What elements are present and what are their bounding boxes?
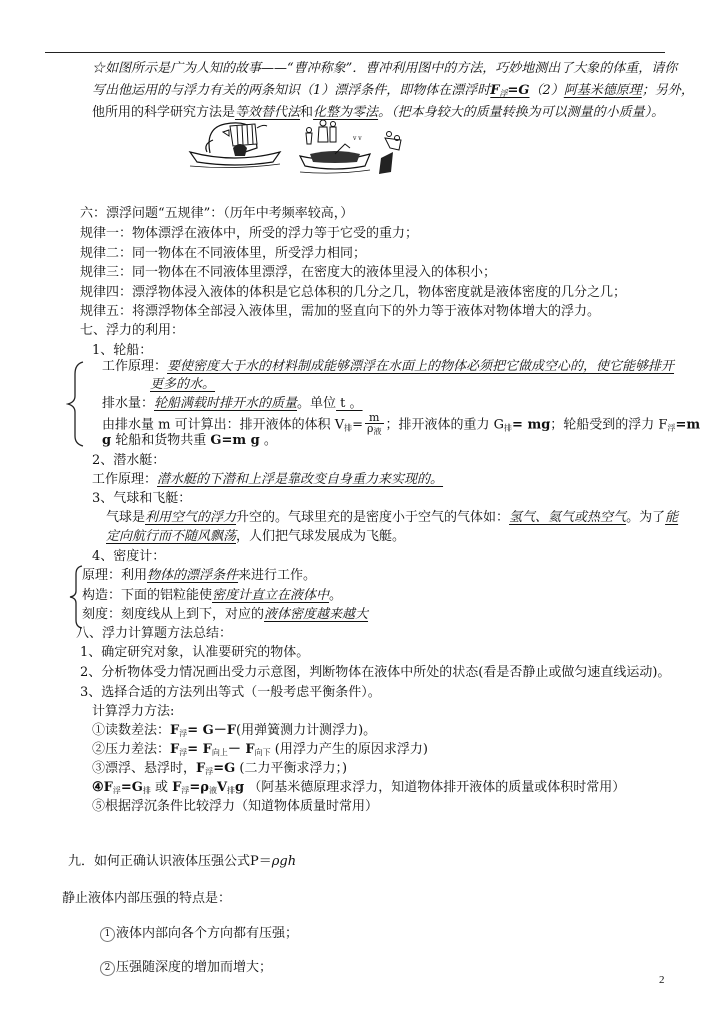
step-1: 1、确定研究对象，认准要研究的物体。 [80, 644, 309, 662]
section-6-title: 六：漂浮问题“五规律”：（历年中考频率较高，） [80, 205, 353, 223]
section-9-title: 九．如何正确认识液体压强公式P＝ρgh [68, 853, 296, 871]
hydrometer-structure: 构造：下面的铝粒能使密度计直立在液体中。 [82, 587, 342, 605]
rule-1: 规律一：物体漂浮在液体中，所受的浮力等于它受的重力； [80, 225, 418, 243]
ship-principle-text: 要使密度大于水的材料制成能够漂浮在水面上的物体必须把它做成空心的，使它能够排开 [167, 359, 674, 374]
archimedes-principle: 阿基米德原理 [564, 83, 642, 98]
method-4: ④F浮=G排 或 F浮=ρ液V排g （阿基米德原理求浮力，知道物体排开液体的质量… [92, 779, 625, 800]
hydrometer-heading: 4、密度计： [92, 548, 165, 566]
pressure-formula: ρgh [272, 854, 296, 869]
method-3: ③漂浮、悬浮时，F浮=G (二力平衡求浮力；) [92, 760, 347, 781]
rule-2: 规律二：同一物体在不同液体里，所受浮力相同； [80, 245, 366, 263]
rule-5: 规律五：将漂浮物体全部浸入液体里，需加的竖直向下的外力等于液体对物体增大的浮力。 [80, 303, 600, 321]
section-8-title: 八、浮力计算题方法总结： [76, 625, 232, 643]
circled-number: 1 [100, 927, 115, 942]
hydrometer-scale: 刻度：刻度线从上到下，对应的液体密度越来越大 [82, 606, 368, 624]
header-rule [45, 52, 665, 53]
balloon-line-2: 定向航行而不随风飘荡，人们把气球发展成为飞艇。 [106, 528, 405, 546]
circled-number: 2 [100, 961, 115, 976]
ship-calc-line-2: g 轮船和货物共重 G=m g 。 [102, 432, 277, 450]
method-2: ②压力差法：F浮= F向上－ F向下 (用浮力产生的原因求浮力) [92, 741, 428, 762]
submarine-principle: 工作原理：潜水艇的下潜和上浮是靠改变自身重力来实现的。 [92, 471, 443, 489]
ship-principle-line-2: 更多的水。 [150, 376, 215, 394]
intro-line-2: 写出他运用的与浮力有关的两条知识（1）漂浮条件，即物体在漂浮时F浮=G（2）阿基… [92, 82, 694, 103]
cao-chong-weighs-elephant-illustration: v v [185, 118, 435, 178]
pressure-point-2: 2压强随深度的增加而增大； [100, 959, 272, 977]
rule-3: 规律三：同一物体在不同液体里漂浮，在密度大的液体里浸入的体积小； [80, 264, 496, 282]
method-5: ⑤根据浮沉条件比较浮力（知道物体质量时常用） [92, 798, 378, 816]
pressure-point-1: 1液体内部向各个方向都有压强； [100, 925, 298, 943]
intro-text: 写出他运用的与浮力有关的两条知识（1）漂浮条件，即物体在漂浮时 [92, 83, 490, 98]
intro-line-1: ☆如图所示是广为人知的故事——“曹冲称象”．曹冲利用图中的方法，巧妙地测出了大象… [92, 60, 677, 78]
float-condition-formula: F浮=G [490, 83, 529, 98]
section-9-subtitle: 静止液体内部压强的特点是： [62, 890, 231, 908]
ship-principle-line-1: 工作原理：要使密度大于水的材料制成能够漂浮在水面上的物体必须把它做成空心的，使它… [102, 358, 674, 376]
method-1: ①读数差法：F浮= G－F(用弹簧测力计测浮力)。 [92, 722, 376, 743]
balloon-line-1: 气球是利用空气的浮力升空的。气球里充的是密度小于空气的气体如：氢气、氦气或热空气… [106, 509, 678, 527]
page-number: 2 [659, 974, 665, 986]
rule-4: 规律四：漂浮物体浸入液体的体积是它总体积的几分之几，物体密度就是液体密度的几分之… [80, 284, 626, 302]
section-7-title: 七、浮力的利用： [80, 322, 184, 340]
displacement-definition: 轮船满载时排开水的质量 [154, 396, 297, 411]
submarine-heading: 2、潜水艇： [92, 452, 165, 470]
svg-text:v v: v v [352, 135, 362, 142]
intro-text: ☆如图所示是广为人知的故事——“曹冲称象”．曹冲利用图中的方法，巧妙地测出了大象… [92, 61, 677, 76]
ship-brace-icon [66, 360, 86, 448]
volume-fraction: mρ液 [365, 413, 383, 437]
step-2: 2、分析物体受力情况画出受力示意图，判断物体在液体中所处的状态(看是否静止或做匀… [80, 664, 670, 682]
displacement-unit: t 。 [336, 396, 363, 411]
step-3: 3、选择合适的方法列出等式（一般考虑平衡条件）。 [80, 684, 381, 702]
hydrometer-principle: 原理：利用物体的漂浮条件来进行工作。 [82, 567, 316, 585]
balloon-heading: 3、气球和飞艇： [92, 490, 191, 508]
ship-displacement-line: 排水量：轮船满载时排开水的质量。单位 t 。 [102, 395, 363, 413]
methods-title: 计算浮力方法: [92, 703, 174, 721]
